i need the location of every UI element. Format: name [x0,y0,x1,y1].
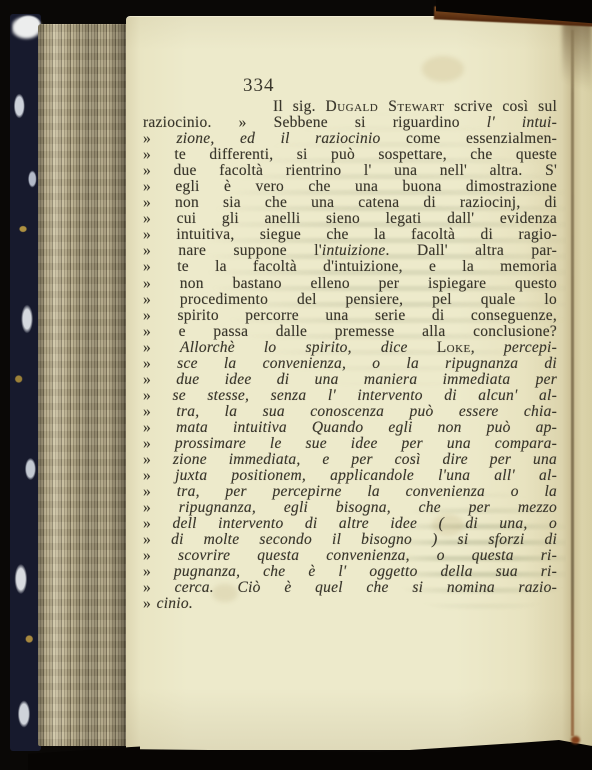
text-line: » tra, per percepirne la convenienza o l… [143,484,557,500]
text-segment: se stesse, senza l' intervento di alcun'… [172,387,557,404]
text-segment: Loke [437,339,471,356]
text-segment: » te differenti, si può sospettare, che … [143,146,557,163]
text-segment: » [143,435,175,452]
text-segment: » intuitiva, siegue che la facoltà di ra… [143,226,557,243]
text-segment: » nare suppone l' [143,242,322,259]
text-segment: due idee di una maniera immediata per [176,371,557,388]
text-segment: l' intui- [487,114,557,131]
text-segment: » [143,371,176,388]
text-line: raziocinio. » Sebbene si riguardino l' i… [143,115,557,131]
text-line: » due idee di una maniera immediata per [143,372,557,388]
text-segment: » non sia che una catena di raziocinj, d… [143,194,557,211]
text-segment: » [143,499,179,516]
text-segment: » [143,419,176,436]
book-photo: 334 Il sig. Dugald Stewart scrive così s… [0,0,592,770]
text-segment: scovrire questa convenienza, o questa ri… [178,547,557,564]
text-line: » procedimento del pensiere, pel quale l… [143,292,557,308]
text-line: Il sig. Dugald Stewart scrive così sul [143,99,557,115]
text-segment: » [143,451,173,468]
text-line: » cinio. [143,596,557,612]
text-line: » tra, la sua conoscenza può essere chia… [143,404,557,420]
text-segment: » [143,467,175,484]
text-segment: » spirito percorre una serie di consegue… [143,307,557,324]
text-segment: cerca. Ciò è quel che si nomina razio- [175,579,557,596]
text-segment: » [143,563,174,580]
text-segment: cinio. [157,595,193,612]
stacked-page-edges [38,24,128,746]
text-line: » egli è vero che una buona dimostrazion… [143,179,557,195]
text-segment: » [143,339,180,356]
text-line: » prossimare le sue idee per una compara… [143,436,557,452]
text-block: Il sig. Dugald Stewart scrive così sulra… [143,99,557,613]
text-segment: ripugnanza, egli bisogna, che per mezzo [179,499,557,516]
text-segment: mata intuitiva Quando egli non può ap- [176,419,557,436]
text-segment: intuizione [322,242,386,259]
text-segment: come essenzialmen- [381,130,558,147]
text-line: » non bastano elleno per ispiegare quest… [143,276,557,292]
text-line: » spirito percorre una serie di consegue… [143,308,557,324]
text-line: » di molte secondo il bisogno ) si sforz… [143,532,557,548]
text-segment: dell intervento di altre idee ( di una, … [172,515,557,532]
text-line: » juxta positionem, applicandole l'una a… [143,468,557,484]
text-segment: Allorchè lo spirito, dice [180,339,437,356]
text-segment: pugnanza, che è l' oggetto della sua ri- [174,563,557,580]
text-segment: tra, per percepirne la convenienza o la [177,483,557,500]
text-line: » zione immediata, e per così dire per u… [143,452,557,468]
text-segment: prossimare le sue idee per una compara- [175,435,557,452]
text-segment: » [143,130,176,147]
text-segment: » non bastano elleno per ispiegare quest… [143,275,557,292]
text-segment: » egli è vero che una buona dimostrazion… [143,178,557,195]
text-line: » te la facoltà d'intuizione, e la memor… [143,259,557,275]
text-segment: raziocinio. » Sebbene si riguardino [143,114,487,131]
text-segment: di molte secondo il bisogno ) si sforzi … [171,531,557,548]
text-segment: » cui gli anelli sieno legati dall' evid… [143,210,557,227]
text-line: » zione, ed il raziocinio come essenzial… [143,131,557,147]
text-line: » sce la convenienza, o la ripugnanza di [143,356,557,372]
text-segment: » [143,387,172,404]
gutter-crease [571,30,574,736]
text-segment: » [143,355,177,372]
text-line: » scovrire questa convenienza, o questa … [143,548,557,564]
text-segment: » [143,547,178,564]
text-segment: sce la convenienza, o la ripugnanza di [177,355,557,372]
text-line: » dell intervento di altre idee ( di una… [143,516,557,532]
text-segment: » due facoltà rientrino l' una nell' alt… [143,162,557,179]
text-segment: » e passa dalle premesse alla conclusion… [143,323,557,340]
text-line: » Allorchè lo spirito, dice Loke, percep… [143,340,557,356]
book-page: 334 Il sig. Dugald Stewart scrive così s… [126,16,592,750]
text-segment: juxta positionem, applicandole l'una all… [175,467,557,484]
text-line: » ripugnanza, egli bisogna, che per mezz… [143,500,557,516]
text-line: » te differenti, si può sospettare, che … [143,147,557,163]
cover-leather-edge-bottom [571,736,580,744]
gutter-corner-shadow [562,18,592,110]
text-segment: » [143,483,177,500]
text-segment: Il sig. [273,98,326,115]
text-line: » mata intuitiva Quando egli non può ap- [143,420,557,436]
text-segment: » [143,595,157,612]
text-line: » se stesse, senza l' intervento di alcu… [143,388,557,404]
text-segment: » [143,531,171,548]
text-segment: » [143,403,176,420]
text-line: » intuitiva, siegue che la facoltà di ra… [143,227,557,243]
text-line: » cui gli anelli sieno legati dall' evid… [143,211,557,227]
text-segment: » te la facoltà d'intuizione, e la memor… [143,258,557,275]
marbled-cover-edge [10,14,41,751]
text-segment: scrive così sul [444,98,557,115]
text-segment: , percepi- [471,339,557,356]
text-line: » cerca. Ciò è quel che si nomina razio- [143,580,557,596]
text-line: » e passa dalle premesse alla conclusion… [143,324,557,340]
text-segment: » procedimento del pensiere, pel quale l… [143,291,557,308]
text-line: » nare suppone l'intuizione. Dall' altra… [143,243,557,259]
text-segment: Dugald Stewart [326,98,445,115]
text-segment: zione immediata, e per così dire per una [173,451,557,468]
page-number: 334 [243,75,275,97]
text-line: » due facoltà rientrino l' una nell' alt… [143,163,557,179]
text-line: » pugnanza, che è l' oggetto della sua r… [143,564,557,580]
foxing-stain [422,56,464,82]
text-segment: » [143,579,175,596]
text-segment: » [143,515,172,532]
text-line: » non sia che una catena di raziocinj, d… [143,195,557,211]
text-segment: zione, ed il raziocinio [176,130,380,147]
text-segment: . Dall' altra par- [386,242,557,259]
text-segment: tra, la sua conoscenza può essere chia- [176,403,557,420]
